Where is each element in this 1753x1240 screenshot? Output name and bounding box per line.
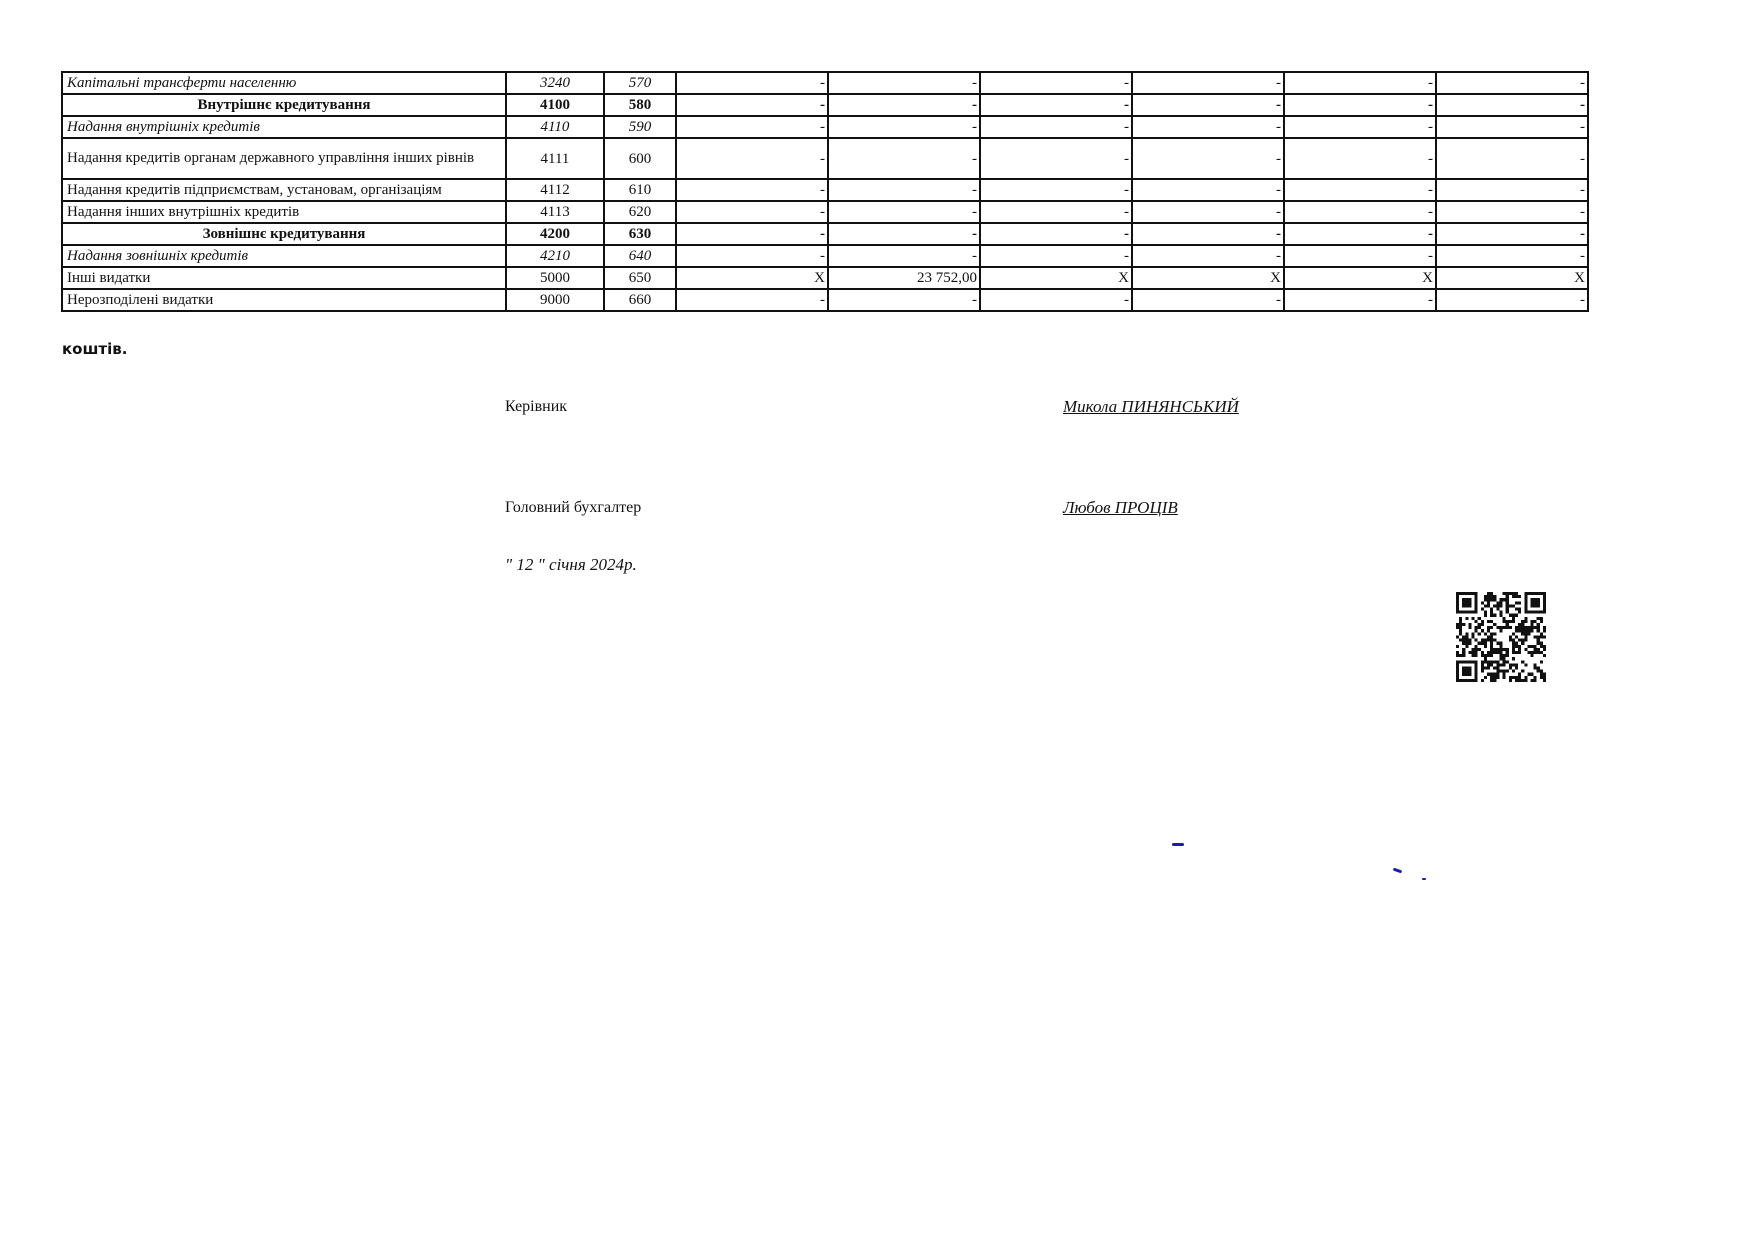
table-row: Надання внутрішніх кредитів4110590------ [62, 116, 1588, 138]
row-line-cell: 580 [604, 94, 676, 116]
table-row: Зовнішнє кредитування4200630------ [62, 223, 1588, 245]
row-value-cell: - [828, 138, 980, 179]
row-value-cell: - [828, 72, 980, 94]
row-line-cell: 630 [604, 223, 676, 245]
row-line-cell: 650 [604, 267, 676, 289]
scan-artifact [1422, 878, 1426, 880]
row-value-cell: - [980, 138, 1132, 179]
row-value-cell: - [1284, 138, 1436, 179]
scan-artifact [1393, 868, 1402, 874]
row-value-cell: - [1436, 138, 1588, 179]
row-value-cell: - [676, 223, 828, 245]
row-code-cell: 4100 [506, 94, 604, 116]
row-value-cell: - [828, 201, 980, 223]
row-value-cell: - [1132, 72, 1284, 94]
row-value-cell: X [1284, 267, 1436, 289]
row-code-cell: 5000 [506, 267, 604, 289]
row-code-cell: 4111 [506, 138, 604, 179]
row-line-cell: 620 [604, 201, 676, 223]
table-row: Капітальні трансферти населенню3240570--… [62, 72, 1588, 94]
head-label: Керівник [505, 398, 567, 416]
row-value-cell: X [1436, 267, 1588, 289]
row-value-cell: 23 752,00 [828, 267, 980, 289]
table-row: Надання інших внутрішніх кредитів4113620… [62, 201, 1588, 223]
row-value-cell: - [1436, 289, 1588, 311]
row-value-cell: - [980, 72, 1132, 94]
row-value-cell: - [1132, 201, 1284, 223]
row-value-cell: - [828, 179, 980, 201]
row-value-cell: - [980, 179, 1132, 201]
row-value-cell: - [1284, 94, 1436, 116]
row-value-cell: - [828, 94, 980, 116]
scan-artifact [1172, 843, 1184, 846]
table-row: Нерозподілені видатки9000660------ [62, 289, 1588, 311]
row-name-cell: Надання кредитів підприємствам, установа… [62, 179, 506, 201]
row-value-cell: - [1436, 201, 1588, 223]
row-line-cell: 600 [604, 138, 676, 179]
row-name-cell: Надання інших внутрішніх кредитів [62, 201, 506, 223]
row-value-cell: - [980, 223, 1132, 245]
row-line-cell: 590 [604, 116, 676, 138]
row-code-cell: 9000 [506, 289, 604, 311]
row-value-cell: - [980, 289, 1132, 311]
row-value-cell: - [1284, 116, 1436, 138]
table-row: Надання кредитів органам державного упра… [62, 138, 1588, 179]
row-code-cell: 4113 [506, 201, 604, 223]
row-value-cell: - [676, 94, 828, 116]
row-value-cell: - [828, 289, 980, 311]
row-value-cell: - [676, 116, 828, 138]
accountant-label: Головний бухгалтер [505, 499, 641, 517]
row-value-cell: - [1284, 223, 1436, 245]
row-value-cell: - [1132, 223, 1284, 245]
table-row: Інші видатки5000650X23 752,00XXXX [62, 267, 1588, 289]
row-value-cell: - [1436, 245, 1588, 267]
row-value-cell: - [676, 245, 828, 267]
row-value-cell: - [1436, 223, 1588, 245]
row-value-cell: - [980, 116, 1132, 138]
row-name-cell: Надання кредитів органам державного упра… [62, 138, 506, 179]
row-name-cell: Надання внутрішніх кредитів [62, 116, 506, 138]
head-name: Микола ПИНЯНСЬКИЙ [1063, 397, 1239, 417]
row-value-cell: - [980, 94, 1132, 116]
row-value-cell: - [980, 201, 1132, 223]
row-value-cell: - [1436, 94, 1588, 116]
table-row: Внутрішнє кредитування4100580------ [62, 94, 1588, 116]
row-name-cell: Нерозподілені видатки [62, 289, 506, 311]
row-name-cell: Інші видатки [62, 267, 506, 289]
row-value-cell: - [1436, 72, 1588, 94]
row-value-cell: - [1132, 289, 1284, 311]
row-value-cell: - [828, 116, 980, 138]
row-name-cell: Внутрішнє кредитування [62, 94, 506, 116]
row-value-cell: - [1284, 245, 1436, 267]
row-value-cell: X [676, 267, 828, 289]
document-date: " 12 " січня 2024р. [505, 555, 637, 575]
row-value-cell: - [828, 223, 980, 245]
row-code-cell: 4110 [506, 116, 604, 138]
row-name-cell: Надання зовнішніх кредитів [62, 245, 506, 267]
row-name-cell: Зовнішнє кредитування [62, 223, 506, 245]
row-line-cell: 660 [604, 289, 676, 311]
row-value-cell: - [1132, 94, 1284, 116]
table-row: Надання кредитів підприємствам, установа… [62, 179, 1588, 201]
row-value-cell: - [676, 179, 828, 201]
row-code-cell: 4112 [506, 179, 604, 201]
row-value-cell: - [1284, 72, 1436, 94]
row-code-cell: 4210 [506, 245, 604, 267]
row-value-cell: - [1132, 116, 1284, 138]
row-value-cell: - [1436, 116, 1588, 138]
row-line-cell: 640 [604, 245, 676, 267]
row-code-cell: 3240 [506, 72, 604, 94]
qr-code-icon [1456, 588, 1546, 686]
row-line-cell: 570 [604, 72, 676, 94]
row-value-cell: - [1132, 245, 1284, 267]
row-value-cell: - [828, 245, 980, 267]
row-value-cell: - [1284, 289, 1436, 311]
row-line-cell: 610 [604, 179, 676, 201]
row-name-cell: Капітальні трансферти населенню [62, 72, 506, 94]
footnote-text: коштів. [62, 340, 127, 358]
table-row: Надання зовнішніх кредитів4210640------ [62, 245, 1588, 267]
row-value-cell: - [1132, 179, 1284, 201]
row-value-cell: - [1436, 179, 1588, 201]
row-value-cell: - [676, 138, 828, 179]
row-value-cell: - [980, 245, 1132, 267]
row-value-cell: - [1284, 201, 1436, 223]
row-value-cell: - [676, 201, 828, 223]
row-value-cell: - [676, 289, 828, 311]
row-value-cell: - [1132, 138, 1284, 179]
row-value-cell: X [1132, 267, 1284, 289]
row-value-cell: - [676, 72, 828, 94]
row-value-cell: - [1284, 179, 1436, 201]
row-code-cell: 4200 [506, 223, 604, 245]
accountant-name: Любов ПРОЦІВ [1063, 498, 1178, 518]
row-value-cell: X [980, 267, 1132, 289]
expenditure-table: Капітальні трансферти населенню3240570--… [61, 71, 1589, 312]
